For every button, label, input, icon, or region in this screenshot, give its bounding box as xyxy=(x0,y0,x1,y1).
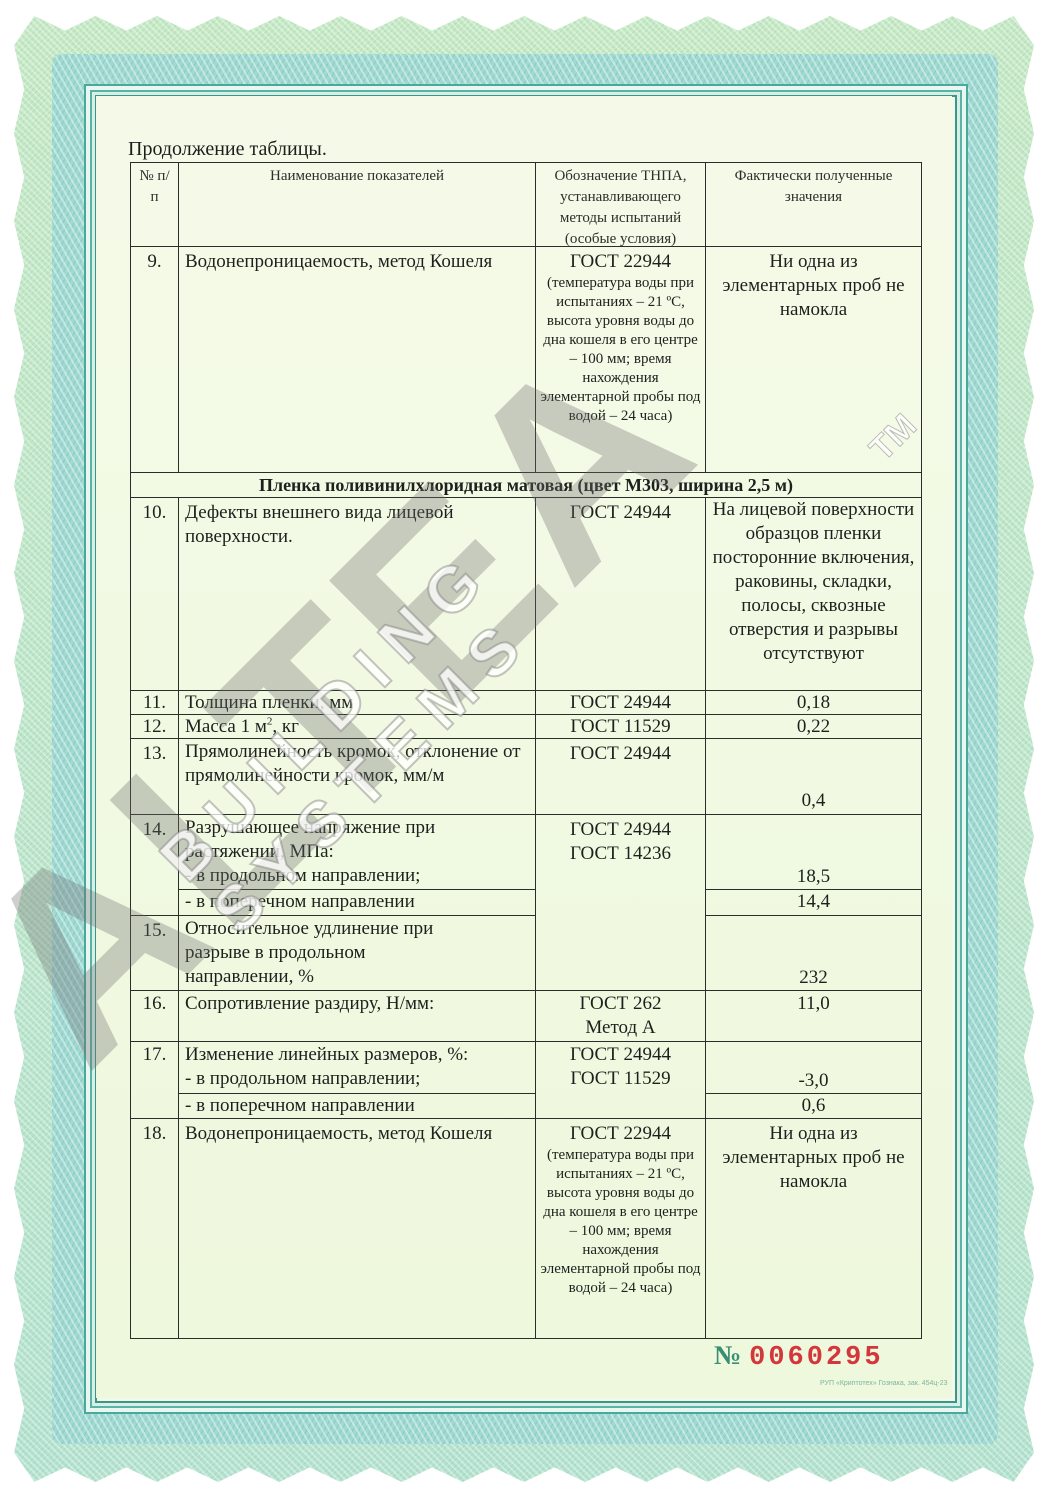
row-16-method: ГОСТ 262 Метод А xyxy=(535,990,706,1042)
row-15-value: 232 xyxy=(705,915,922,991)
row-17-method-1: ГОСТ 24944 xyxy=(542,1043,699,1067)
row-17-value-longitudinal: -3,0 xyxy=(705,1041,922,1094)
row-9-method-note: (температура воды при испытаниях – 21 ºС… xyxy=(538,274,703,426)
row-13-value: 0,4 xyxy=(705,738,922,815)
serial-number: №0060295 xyxy=(714,1340,884,1373)
row-14-method-1: ГОСТ 24944 xyxy=(542,818,699,842)
row-17-name-main: Изменение линейных размеров, %: xyxy=(185,1043,529,1067)
row-10-method: ГОСТ 24944 xyxy=(535,497,706,691)
row-14-method-2: ГОСТ 14236 xyxy=(542,842,699,866)
header-method: Обозначение ТНПА, устанавливающего метод… xyxy=(535,162,706,247)
section-title-pvc-film: Пленка поливинилхлоридная матовая (цвет … xyxy=(130,472,922,498)
row-11-name: Толщина пленки, мм xyxy=(178,690,536,715)
header-num: № п/п xyxy=(130,162,179,247)
row-10-value: На лицевой поверхности образцов пленки п… xyxy=(705,497,922,691)
printer-imprint: РУП «Криптотех» Гознака, зак. 454ц-23 xyxy=(820,1380,948,1387)
row-11-method: ГОСТ 24944 xyxy=(535,690,706,715)
row-14-sub-longitudinal: - в продольном направлении; xyxy=(185,864,529,888)
row-17-method: ГОСТ 24944 ГОСТ 11529 xyxy=(535,1041,706,1119)
row-15-value-text: 232 xyxy=(712,966,915,990)
row-15-name: Относительное удлинение при разрыве в пр… xyxy=(178,915,536,991)
table-continuation-caption: Продолжение таблицы. xyxy=(128,138,327,161)
row-17-sub-transverse: - в поперечном направлении xyxy=(178,1093,536,1119)
row-12-method: ГОСТ 11529 xyxy=(535,714,706,739)
row-10-name: Дефекты внешнего вида лицевой поверхност… xyxy=(178,497,536,691)
row-17-value-transverse: 0,6 xyxy=(705,1093,922,1119)
row-10-num: 10. xyxy=(130,497,179,691)
row-17-method-2: ГОСТ 11529 xyxy=(542,1067,699,1091)
row-12-name-suffix: , кг xyxy=(272,716,299,737)
row-16-num: 16. xyxy=(130,990,179,1042)
row-18-num: 18. xyxy=(130,1118,179,1339)
row-17-value-longitudinal-text: -3,0 xyxy=(712,1069,915,1093)
header-value: Фактически полученные значения xyxy=(705,162,922,247)
row-18-name: Водонепроницаемость, метод Кошеля xyxy=(178,1118,536,1339)
row-9-method-title: ГОСТ 22944 xyxy=(538,250,703,274)
row-13-method: ГОСТ 24944 xyxy=(535,738,706,815)
row-9-num: 9. xyxy=(130,246,179,473)
row-17-name: Изменение линейных размеров, %: - в прод… xyxy=(178,1041,536,1094)
row-18-method-note: (температура воды при испытаниях – 21 ºС… xyxy=(538,1146,703,1298)
row-14-value-transverse: 14,4 xyxy=(705,889,922,916)
serial-prefix: № xyxy=(714,1340,741,1370)
row-16-value: 11,0 xyxy=(705,990,922,1042)
row-12-num: 12. xyxy=(130,714,179,739)
row-9-method: ГОСТ 22944 (температура воды при испытан… xyxy=(535,246,706,473)
row-13-name: Прямолинейность кромок, отклонение от пр… xyxy=(178,738,536,815)
row-18-method: ГОСТ 22944 (температура воды при испытан… xyxy=(535,1118,706,1339)
row-14-sub-transverse: - в поперечном направлении xyxy=(178,889,536,916)
serial-value: 0060295 xyxy=(749,1343,883,1373)
row-16-method-1: ГОСТ 262 xyxy=(542,992,699,1016)
row-9-name: Водонепроницаемость, метод Кошеля xyxy=(178,246,536,473)
row-12-name: Масса 1 м2, кг xyxy=(178,714,536,739)
row-11-value: 0,18 xyxy=(705,690,922,715)
row-14-name: Разрушающее напряжение при растяжении, М… xyxy=(178,814,536,890)
row-11-num: 11. xyxy=(130,690,179,715)
row-14-num: 14. xyxy=(130,814,179,916)
row-16-name: Сопротивление раздиру, Н/мм: xyxy=(178,990,536,1042)
row-18-value: Ни одна из элементарных проб не намокла xyxy=(705,1118,922,1339)
row-15-num: 15. xyxy=(130,915,179,991)
row-14-name-main: Разрушающее напряжение при растяжении, М… xyxy=(185,816,529,864)
header-name: Наименование показателей xyxy=(178,162,536,247)
row-12-value: 0,22 xyxy=(705,714,922,739)
row-14-15-method: ГОСТ 24944 ГОСТ 14236 xyxy=(535,814,706,991)
row-9-value: Ни одна из элементарных проб не намокла xyxy=(705,246,922,473)
row-13-value-text: 0,4 xyxy=(712,789,915,813)
row-12-name-prefix: Масса 1 м xyxy=(185,716,267,737)
row-18-method-title: ГОСТ 22944 xyxy=(538,1122,703,1146)
row-14-value-longitudinal-text: 18,5 xyxy=(712,865,915,889)
row-13-num: 13. xyxy=(130,738,179,815)
row-17-num: 17. xyxy=(130,1041,179,1119)
row-16-method-2: Метод А xyxy=(542,1016,699,1040)
row-14-value-longitudinal: 18,5 xyxy=(705,814,922,890)
row-17-sub-longitudinal: - в продольном направлении; xyxy=(185,1067,529,1091)
